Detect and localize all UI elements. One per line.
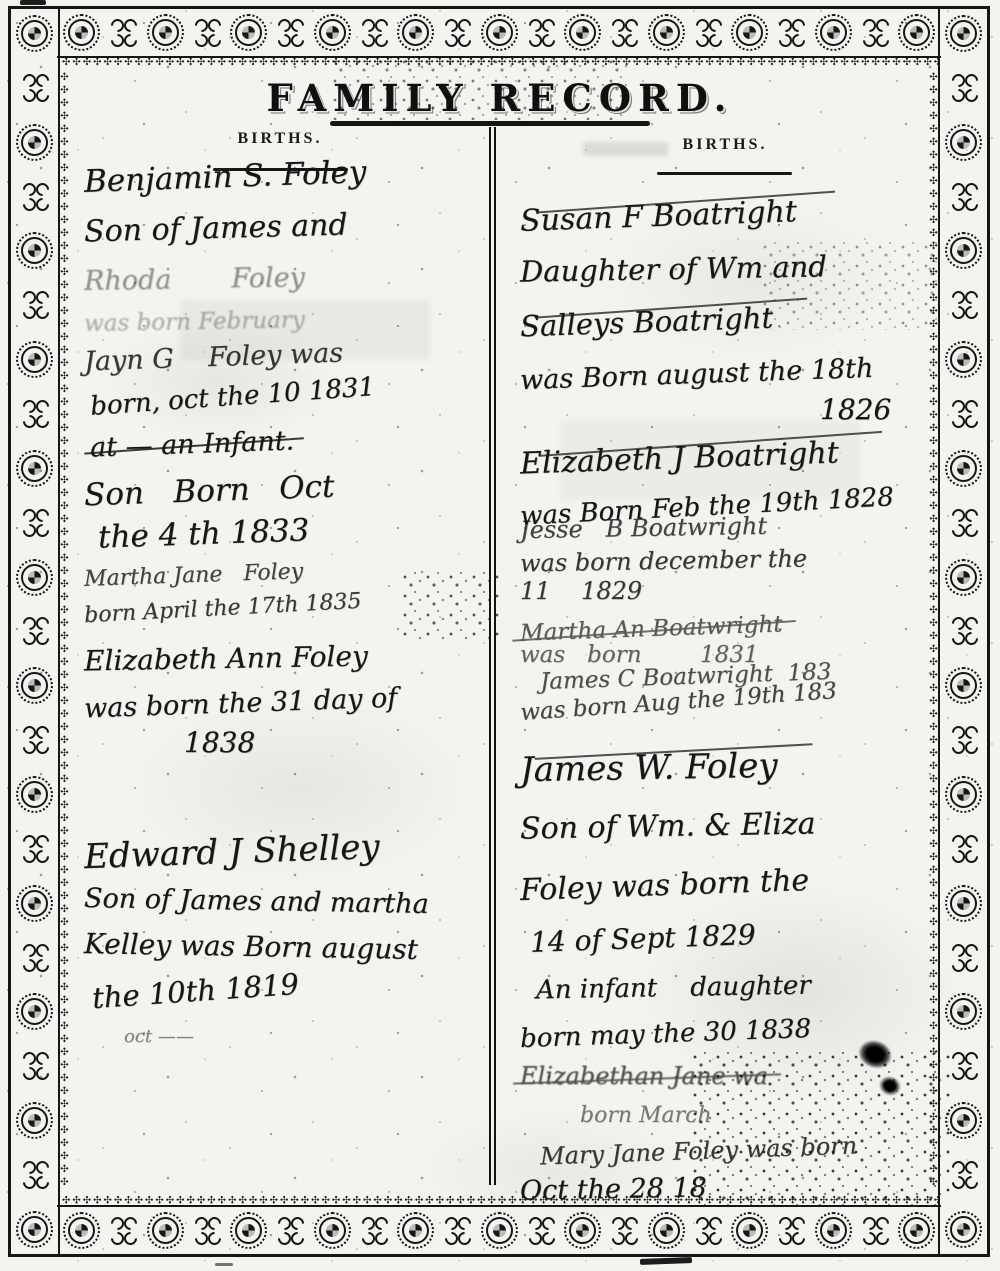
- record-line: was born the 31 day of: [84, 682, 398, 724]
- record-line: born April the 17th 1835: [84, 589, 363, 629]
- record-line: Rhoda Foley: [84, 262, 305, 297]
- fringe-ornament-top: ✣✣✣✣✣✣✣✣✣✣✣✣✣✣✣✣✣✣✣✣✣✣✣✣✣✣✣✣✣✣✣✣✣✣✣✣✣✣✣✣…: [62, 57, 938, 70]
- border-ornament-right: [938, 9, 987, 1254]
- fringe-ornament-left: ✣✣✣✣✣✣✣✣✣✣✣✣✣✣✣✣✣✣✣✣✣✣✣✣✣✣✣✣✣✣✣✣✣✣✣✣✣✣✣✣…: [57, 72, 70, 1189]
- border-ornament-left: [11, 9, 60, 1254]
- record-line: born March: [580, 1103, 712, 1128]
- record-line: born, oct the 10 1831: [89, 373, 376, 423]
- right-births-column: Susan F Boatright Daughter of Wm and Sal…: [520, 200, 935, 1205]
- page-title: FAMILY RECORD.: [0, 76, 1000, 120]
- scan-edge-mark: [20, 0, 46, 5]
- record-line: 11 1829: [520, 578, 642, 606]
- record-line: Mary Jane Foley was born: [540, 1133, 858, 1172]
- scanned-family-record-page: ✣✣✣✣✣✣✣✣✣✣✣✣✣✣✣✣✣✣✣✣✣✣✣✣✣✣✣✣✣✣✣✣✣✣✣✣✣✣✣✣…: [0, 0, 1000, 1271]
- record-line: James W. Foley: [520, 747, 778, 791]
- scan-edge-mark: [640, 1257, 692, 1265]
- record-line: at — an Infant.: [90, 425, 295, 463]
- column-divider-rule: [489, 127, 496, 1185]
- right-column-header: BIRTHS.: [645, 136, 805, 154]
- record-line: was born december the: [520, 546, 808, 579]
- record-line: Salleys Boatright: [519, 301, 773, 343]
- bleed-through-smudge: [560, 420, 860, 500]
- record-line: An infant daughter: [536, 971, 811, 1006]
- record-line: Son of Wm. & Eliza: [520, 808, 816, 848]
- border-ornament-bottom: [57, 1205, 941, 1254]
- record-line: Daughter of Wm and: [520, 250, 827, 289]
- record-line: 1838: [184, 727, 255, 759]
- scan-edge-mark: [215, 1263, 233, 1266]
- record-line: Elizabethan Jane wa: [520, 1063, 768, 1091]
- record-line: Oct the 28 18: [520, 1172, 707, 1206]
- record-line: Jesse B Boatwright: [520, 513, 767, 545]
- record-line: Son of James and martha: [84, 883, 429, 920]
- left-column-header: BIRTHS.: [200, 130, 360, 148]
- record-line: Son Born Oct: [83, 469, 335, 513]
- record-line: Edward J Shelley: [83, 828, 380, 877]
- record-line: the 10th 1819: [91, 968, 300, 1016]
- record-line: 14 of Sept 1829: [530, 920, 757, 960]
- record-line: Martha Jane Foley: [84, 559, 304, 592]
- right-header-rule: [657, 172, 792, 175]
- record-line: was Born august the 18th: [520, 353, 874, 396]
- record-line: Son of James and: [84, 208, 348, 249]
- bleed-through-smudge: [180, 300, 430, 360]
- record-line: Benjamin S. Foley: [83, 155, 366, 200]
- title-rule: [330, 121, 650, 126]
- left-births-column: Benjamin S. Foley Son of James and Rhoda…: [84, 160, 484, 1047]
- record-line: Foley was born the: [519, 864, 809, 909]
- record-line: oct ——: [124, 1027, 194, 1048]
- record-line: born may the 30 1838: [520, 1014, 812, 1054]
- record-line: Susan F Boatright: [519, 195, 797, 239]
- record-line: Kelley was Born august: [84, 928, 418, 966]
- border-ornament-top: [57, 9, 941, 58]
- record-line: Elizabeth Ann Foley: [84, 641, 368, 678]
- record-line: the 4 th 1833: [97, 514, 309, 557]
